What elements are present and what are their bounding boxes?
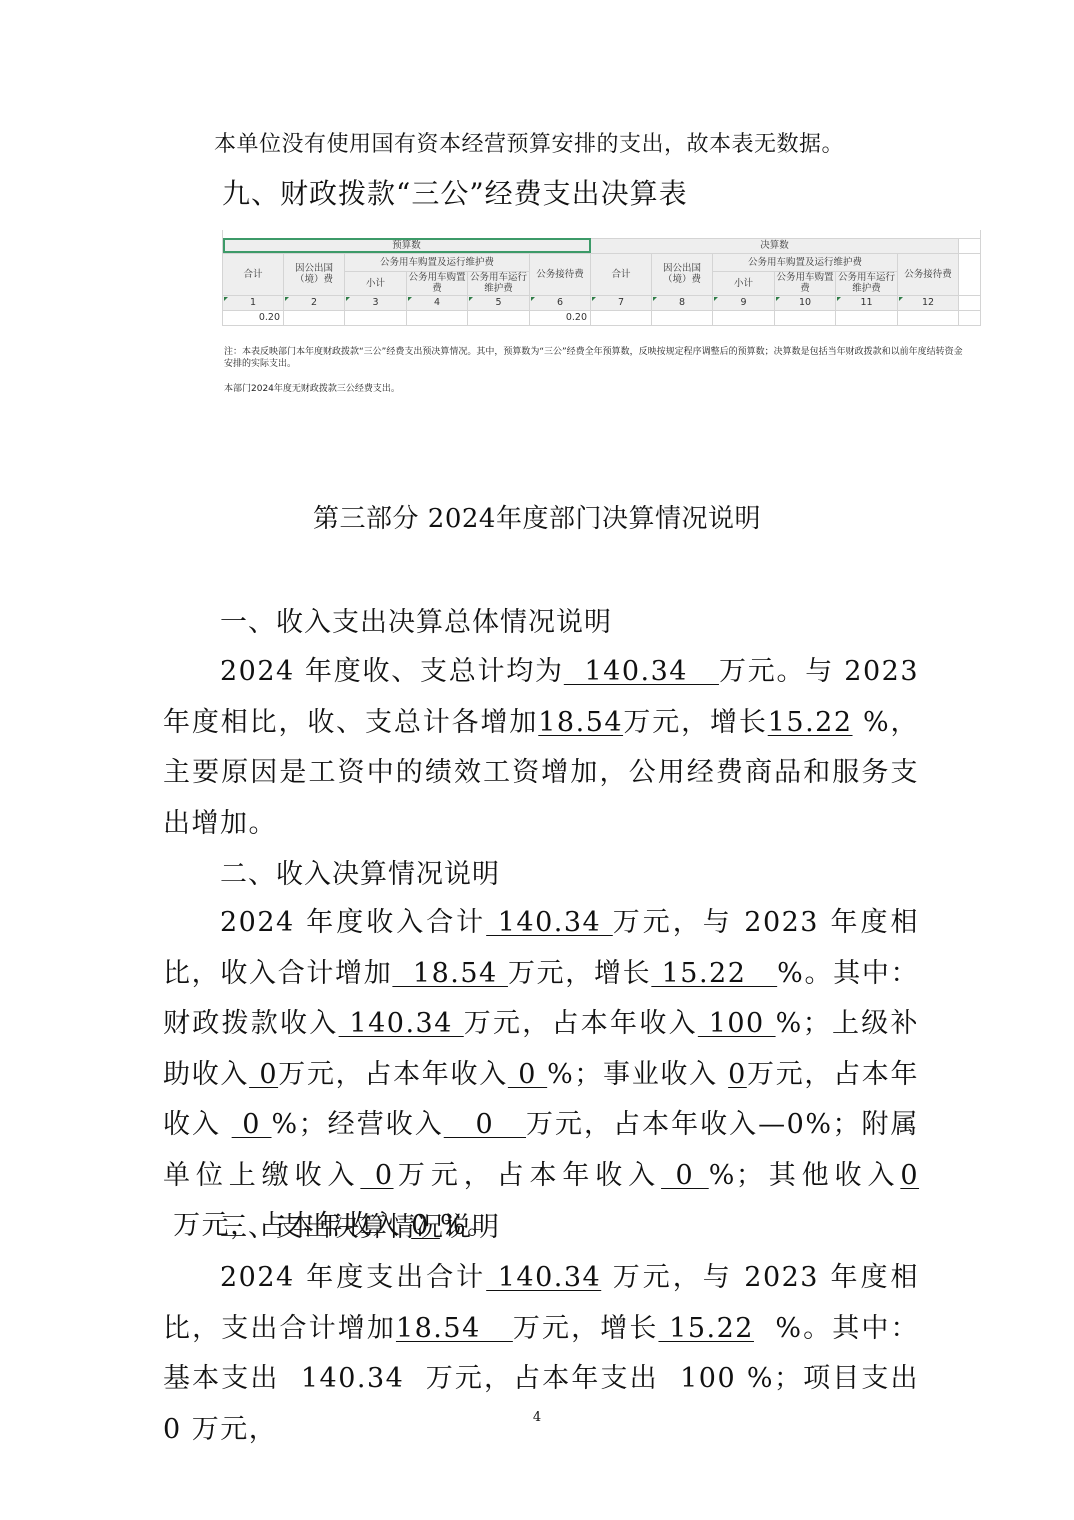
col-total[interactable]: 合计 <box>223 253 284 295</box>
intro-note: 本单位没有使用国有资本经营预算安排的支出，故本表无数据。 <box>214 127 844 158</box>
table-note-no-expense: 本部门2024年度无财政拨款三公经费支出。 <box>224 383 964 395</box>
col-number[interactable]: 4 <box>407 295 468 310</box>
section9-title: 九、财政拨款“三公”经费支出决算表 <box>222 172 688 212</box>
cell[interactable]: 0.20 <box>530 310 591 325</box>
col-number[interactable]: 11 <box>836 295 898 310</box>
col-total[interactable]: 合计 <box>591 253 652 295</box>
group-budget[interactable]: 预算数 <box>223 238 591 253</box>
col-reception[interactable]: 公务接待费 <box>530 253 591 295</box>
col-number[interactable]: 1 <box>223 295 284 310</box>
col-reception[interactable]: 公务接待费 <box>898 253 959 295</box>
group-final[interactable]: 决算数 <box>591 238 959 253</box>
part3-title: 第三部分 2024年度部门决算情况说明 <box>0 498 1074 535</box>
col-vehicle-purchase[interactable]: 公务用车购置费 <box>775 271 836 295</box>
section2-paragraph: 2024 年度收入合计 140.34 万元，与 2023 年度相比，收入合计增加… <box>163 898 919 1252</box>
col-vehicle-operation[interactable]: 公务用车运行维护费 <box>468 271 530 295</box>
col-number[interactable]: 10 <box>775 295 836 310</box>
col-number[interactable]: 8 <box>652 295 713 310</box>
section2-title: 二、收入决算情况说明 <box>220 852 500 891</box>
col-vehicle-subtotal[interactable]: 小计 <box>345 271 407 295</box>
table-note: 注：本表反映部门本年度财政拨款“三公”经费支出预决算情况。其中，预算数为“三公”… <box>224 346 964 370</box>
table-row: 0.20 0.20 <box>223 310 981 325</box>
three-public-expense-table: 预算数 决算数 合计 因公出国（境）费 公务用车购置及运行维护费 公务接待费 合… <box>222 230 980 402</box>
cell[interactable] <box>468 310 530 325</box>
cell[interactable]: 0.20 <box>223 310 284 325</box>
col-vehicle-group[interactable]: 公务用车购置及运行维护费 <box>345 253 530 271</box>
col-travel-abroad[interactable]: 因公出国（境）费 <box>652 253 713 295</box>
col-number[interactable]: 9 <box>713 295 775 310</box>
cell[interactable] <box>345 310 407 325</box>
cell[interactable] <box>284 310 345 325</box>
col-vehicle-operation[interactable]: 公务用车运行维护费 <box>836 271 898 295</box>
col-number[interactable]: 3 <box>345 295 407 310</box>
col-number[interactable]: 6 <box>530 295 591 310</box>
cell[interactable] <box>713 310 775 325</box>
col-number[interactable]: 5 <box>468 295 530 310</box>
section3-title: 三、支出决算情况说明 <box>220 1205 500 1244</box>
col-vehicle-subtotal[interactable]: 小计 <box>713 271 775 295</box>
page-number: 4 <box>0 1410 1074 1425</box>
col-vehicle-group[interactable]: 公务用车购置及运行维护费 <box>713 253 898 271</box>
cell[interactable] <box>836 310 898 325</box>
cell[interactable] <box>898 310 959 325</box>
cell[interactable] <box>775 310 836 325</box>
col-number[interactable]: 12 <box>898 295 959 310</box>
cell[interactable] <box>652 310 713 325</box>
cell[interactable] <box>591 310 652 325</box>
col-number[interactable]: 2 <box>284 295 345 310</box>
col-travel-abroad[interactable]: 因公出国（境）费 <box>284 253 345 295</box>
section1-title: 一、收入支出决算总体情况说明 <box>220 600 612 639</box>
cell[interactable] <box>407 310 468 325</box>
col-number[interactable]: 7 <box>591 295 652 310</box>
col-vehicle-purchase[interactable]: 公务用车购置费 <box>407 271 468 295</box>
section1-paragraph: 2024 年度收、支总计均为 140.34 万元。与 2023 年度相比，收、支… <box>163 647 919 849</box>
